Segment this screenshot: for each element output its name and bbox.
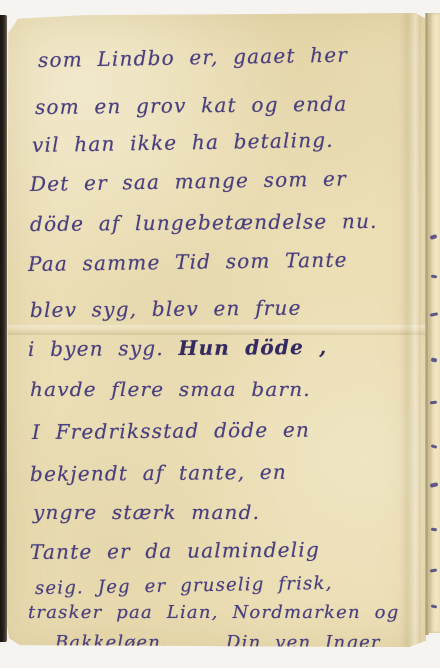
letter-text: som Lindbo er, gaaet her <box>38 43 348 72</box>
adjacent-page-ink-fragment <box>430 401 437 405</box>
letter-line: yngre stærk mand. <box>33 500 260 524</box>
letter-lines: som Lindbo er, gaaet hersom en grov kat … <box>7 13 426 647</box>
letter-line: I Fredriksstad döde en <box>32 418 310 444</box>
letter-scan: som Lindbo er, gaaet hersom en grov kat … <box>0 0 440 668</box>
letter-line: Det er saa mange som er <box>30 166 347 196</box>
letter-text: Din ven Inger <box>226 632 381 647</box>
letter-line: i byen syg. Hun döde , <box>28 335 327 361</box>
letter-line: Bakkeløen.Din ven Inger <box>55 632 381 647</box>
letter-text: Tante er da ualmindelig <box>30 537 320 564</box>
letter-text: havde flere smaa barn. <box>30 377 311 401</box>
letter-text: bekjendt af tante, en <box>30 460 287 486</box>
letter-text: trasker paa Lian, Nordmarken og <box>28 602 399 623</box>
letter-text: Bakkeløen. <box>55 632 168 647</box>
adjacent-page-ink-fragment <box>430 312 438 317</box>
adjacent-page-ink-fragment <box>431 528 437 532</box>
scan-dark-edge <box>0 15 7 642</box>
letter-line: bekjendt af tante, en <box>30 460 287 486</box>
letter-line: vil han ikke ha betaling. <box>32 128 334 157</box>
letter-text: I Fredriksstad döde en <box>32 418 310 444</box>
letter-line: blev syg, blev en frue <box>30 296 302 322</box>
letter-text: Hun döde , <box>178 335 327 360</box>
adjacent-page-ink-fragment <box>430 568 437 572</box>
adjacent-page-ink-fragment <box>431 275 437 279</box>
letter-text: döde af lungebetændelse nu. <box>30 209 378 236</box>
letter-text: seig. Jeg er gruselig frisk, <box>35 573 333 599</box>
letter-text: Det er saa mange som er <box>30 166 347 196</box>
adjacent-page-ink-fragment <box>431 357 438 362</box>
letter-line: havde flere smaa barn. <box>30 377 311 401</box>
letter-line: som Lindbo er, gaaet her <box>38 43 348 72</box>
letter-line: seig. Jeg er gruselig frisk, <box>35 573 333 599</box>
letter-line: döde af lungebetændelse nu. <box>30 209 378 236</box>
letter-text: i byen syg. <box>28 336 179 361</box>
adjacent-page-ink-fragment <box>430 482 439 488</box>
letter-line: Tante er da ualmindelig <box>30 537 320 564</box>
letter-text: vil han ikke ha betaling. <box>32 128 334 157</box>
letter-text: som en grov kat og enda <box>35 92 348 119</box>
adjacent-page-ink-fragment <box>431 444 438 449</box>
adjacent-page-ink-fragment <box>430 234 438 240</box>
letter-text: Paa samme Tid som Tante <box>28 248 348 276</box>
letter-text: blev syg, blev en frue <box>30 296 302 322</box>
letter-page: som Lindbo er, gaaet hersom en grov kat … <box>7 13 426 647</box>
letter-line: Paa samme Tid som Tante <box>28 248 348 276</box>
adjacent-page-sliver <box>429 13 440 633</box>
letter-line: som en grov kat og enda <box>35 92 348 119</box>
letter-line: trasker paa Lian, Nordmarken og <box>28 602 399 623</box>
letter-text: yngre stærk mand. <box>33 500 260 524</box>
adjacent-page-ink-fragment <box>431 604 437 608</box>
